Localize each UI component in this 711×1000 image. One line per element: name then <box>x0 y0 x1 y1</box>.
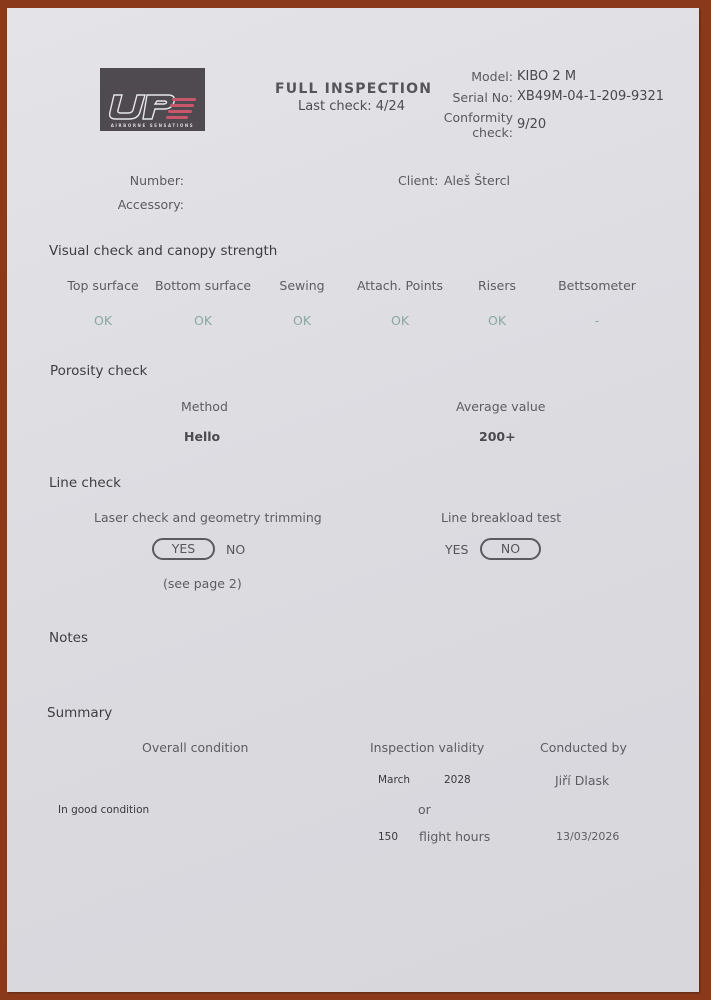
overall-condition-label: Overall condition <box>142 740 248 755</box>
visual-col-label: Attach. Points <box>357 278 443 293</box>
client-label: Client: <box>398 173 438 188</box>
visual-col-status: OK <box>293 313 311 328</box>
visual-col-label: Top surface <box>67 278 138 293</box>
visual-col-status: OK <box>391 313 409 328</box>
validity-hours-unit: flight hours <box>419 829 490 844</box>
serial-label: Serial No: <box>452 90 513 105</box>
average-label: Average value <box>456 399 545 414</box>
average-value: 200+ <box>479 429 516 444</box>
section-line-check: Line check <box>49 475 121 491</box>
breakload-yes-option[interactable]: YES <box>445 542 468 557</box>
laser-no-option[interactable]: NO <box>226 542 245 557</box>
conducted-by-label: Conducted by <box>540 740 627 755</box>
document-title: FULL INSPECTION <box>275 81 432 97</box>
visual-col-label: Sewing <box>279 278 324 293</box>
method-value: Hello <box>184 429 220 444</box>
model-label: Model: <box>471 69 513 84</box>
section-porosity: Porosity check <box>50 363 147 379</box>
model-value: KIBO 2 M <box>517 69 576 84</box>
number-label: Number: <box>130 173 184 188</box>
conformity-label-line1: Conformity <box>444 110 513 125</box>
client-value: Aleš Štercl <box>444 173 510 188</box>
section-summary: Summary <box>47 705 112 721</box>
section-notes: Notes <box>49 630 88 646</box>
serial-value: XB49M-04-1-209-9321 <box>517 89 664 104</box>
visual-col-status: OK <box>194 313 212 328</box>
validity-year: 2028 <box>444 774 471 786</box>
inspection-sheet: AIRBORNE SENSATIONS FULL INSPECTION Last… <box>7 8 699 992</box>
visual-col-status: - <box>595 313 600 328</box>
conducted-date: 13/03/2026 <box>556 830 619 843</box>
visual-col-status: OK <box>94 313 112 328</box>
overall-condition-value: In good condition <box>58 804 149 816</box>
validity-label: Inspection validity <box>370 740 484 755</box>
visual-col-status: OK <box>488 313 506 328</box>
up-logo-icon <box>100 68 205 131</box>
laser-yes-option-selected[interactable]: YES <box>152 538 215 560</box>
visual-col-label: Bottom surface <box>155 278 251 293</box>
breakload-no-option-selected[interactable]: NO <box>480 538 541 560</box>
validity-month: March <box>378 774 410 786</box>
validity-or: or <box>418 802 431 817</box>
accessory-label: Accessory: <box>118 197 184 212</box>
conducted-by-name: Jiří Dlask <box>555 773 609 788</box>
validity-hours: 150 <box>378 831 398 843</box>
last-check: Last check: 4/24 <box>298 99 405 114</box>
brand-logo: AIRBORNE SENSATIONS <box>100 68 205 131</box>
visual-col-label: Bettsometer <box>558 278 636 293</box>
laser-see-page-note: (see page 2) <box>163 576 242 591</box>
breakload-label: Line breakload test <box>441 510 561 525</box>
conformity-label-line2: check: <box>472 125 513 140</box>
laser-check-label: Laser check and geometry trimming <box>94 510 322 525</box>
method-label: Method <box>181 399 228 414</box>
visual-col-label: Risers <box>478 278 516 293</box>
conformity-value: 9/20 <box>517 117 546 132</box>
logo-tagline: AIRBORNE SENSATIONS <box>100 123 205 128</box>
section-visual-check: Visual check and canopy strength <box>49 243 277 259</box>
